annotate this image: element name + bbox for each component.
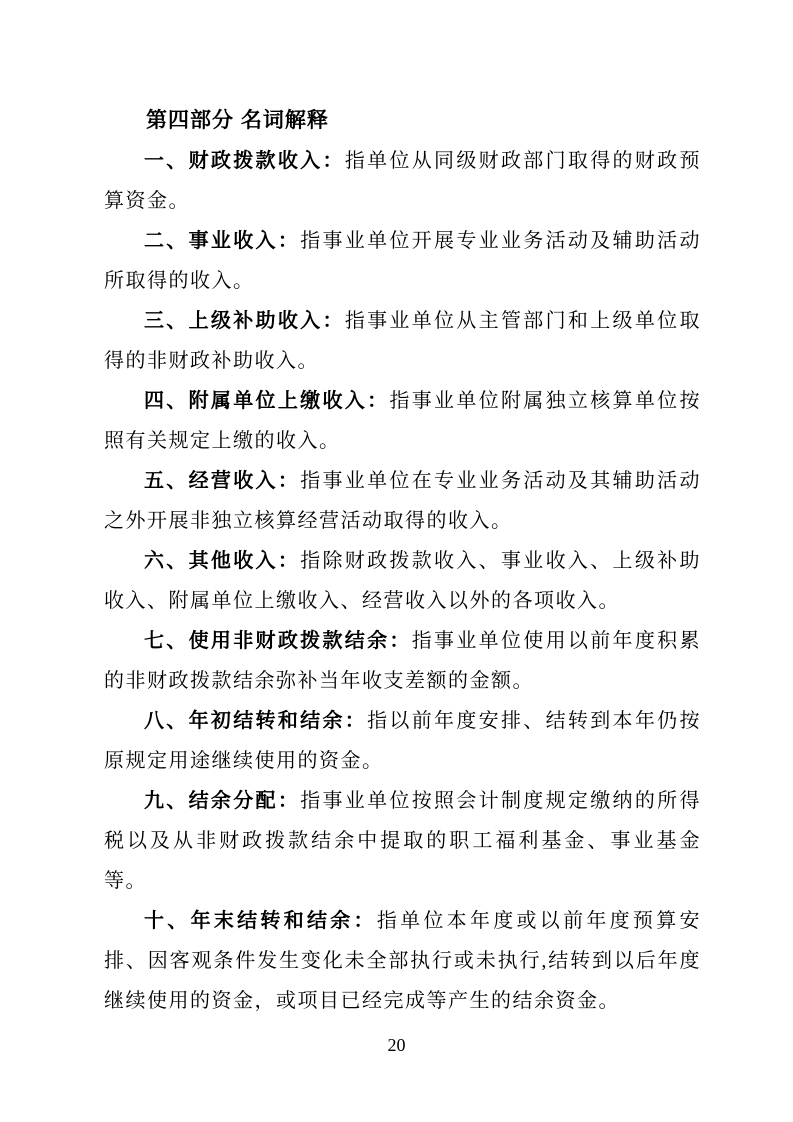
glossary-item-5: 五、经营收入：指事业单位在专业业务活动及其辅助活动之外开展非独立核算经营活动取得…: [104, 461, 701, 541]
document-body: 第四部分 名词解释 一、财政拨款收入：指单位从同级财政部门取得的财政预算资金。 …: [104, 101, 701, 1021]
section-heading: 第四部分 名词解释: [104, 101, 701, 141]
glossary-term-10: 十、年末结转和结余：: [144, 910, 377, 932]
glossary-item-6: 六、其他收入：指除财政拨款收入、事业收入、上级补助收入、附属单位上缴收入、经营收…: [104, 541, 701, 621]
glossary-item-8: 八、年初结转和结余：指以前年度安排、结转到本年仍按原规定用途继续使用的资金。: [104, 701, 701, 781]
glossary-item-3: 三、上级补助收入：指事业单位从主管部门和上级单位取得的非财政补助收入。: [104, 301, 701, 381]
glossary-item-2: 二、事业收入：指事业单位开展专业业务活动及辅助活动所取得的收入。: [104, 221, 701, 301]
glossary-term-9: 九、结余分配：: [144, 790, 300, 812]
page-number: 20: [0, 1033, 793, 1057]
glossary-term-7: 七、使用非财政拨款结余：: [144, 630, 412, 652]
glossary-term-5: 五、经营收入：: [144, 470, 300, 492]
document-page: 第四部分 名词解释 一、财政拨款收入：指单位从同级财政部门取得的财政预算资金。 …: [0, 0, 793, 1122]
glossary-term-3: 三、上级补助收入：: [144, 310, 345, 332]
glossary-term-2: 二、事业收入：: [144, 230, 300, 252]
glossary-item-10: 十、年末结转和结余：指单位本年度或以前年度预算安排、因客观条件发生变化未全部执行…: [104, 901, 701, 1021]
glossary-item-4: 四、附属单位上缴收入：指事业单位附属独立核算单位按照有关规定上缴的收入。: [104, 381, 701, 461]
glossary-term-1: 一、财政拨款收入：: [144, 150, 345, 172]
glossary-item-7: 七、使用非财政拨款结余：指事业单位使用以前年度积累的非财政拨款结余弥补当年收支差…: [104, 621, 701, 701]
glossary-term-6: 六、其他收入：: [144, 550, 300, 572]
glossary-term-4: 四、附属单位上缴收入：: [144, 390, 389, 412]
glossary-term-8: 八、年初结转和结余：: [144, 710, 367, 732]
glossary-item-9: 九、结余分配：指事业单位按照会计制度规定缴纳的所得税以及从非财政拨款结余中提取的…: [104, 781, 701, 901]
glossary-item-1: 一、财政拨款收入：指单位从同级财政部门取得的财政预算资金。: [104, 141, 701, 221]
